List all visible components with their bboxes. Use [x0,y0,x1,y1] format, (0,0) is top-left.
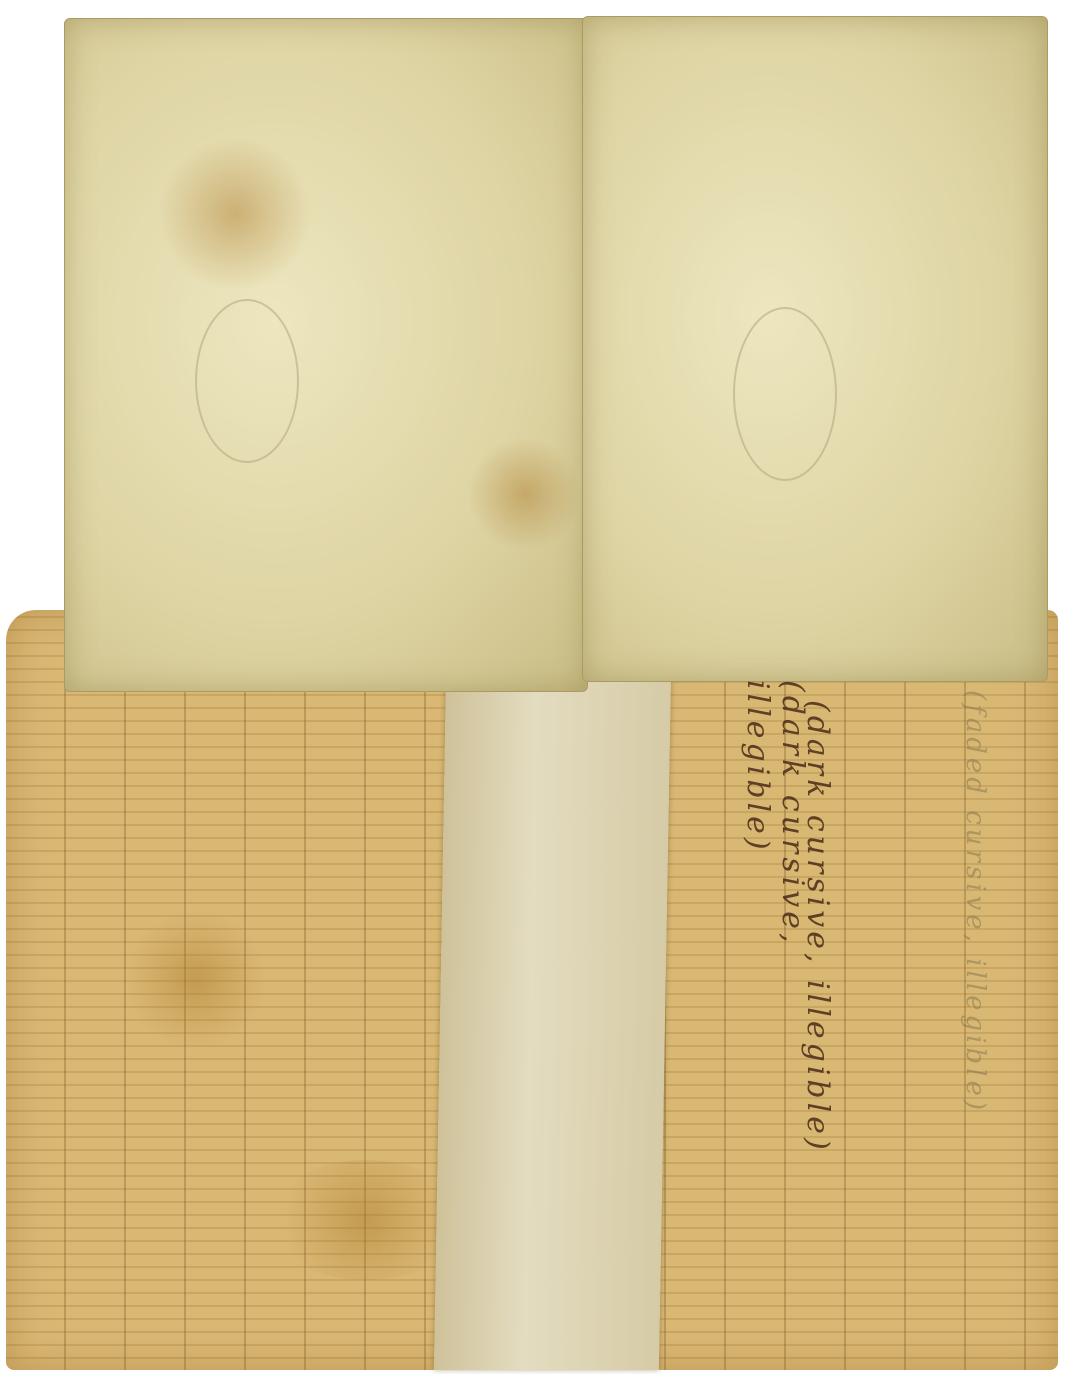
handwriting-line: (dark cursive, illegible) [740,680,810,1000]
upper-right-note [582,16,1048,682]
upper-left-note [64,18,588,692]
embossed-oval [733,307,837,481]
stain [126,910,266,1050]
embossed-oval [195,299,299,463]
image-description: Scan of the backs of two old paper notes… [0,0,1,1]
paper-strip [434,670,671,1370]
handwriting-line: (faded cursive, illegible) [960,690,990,1350]
stain [465,439,585,549]
stain [155,139,315,289]
